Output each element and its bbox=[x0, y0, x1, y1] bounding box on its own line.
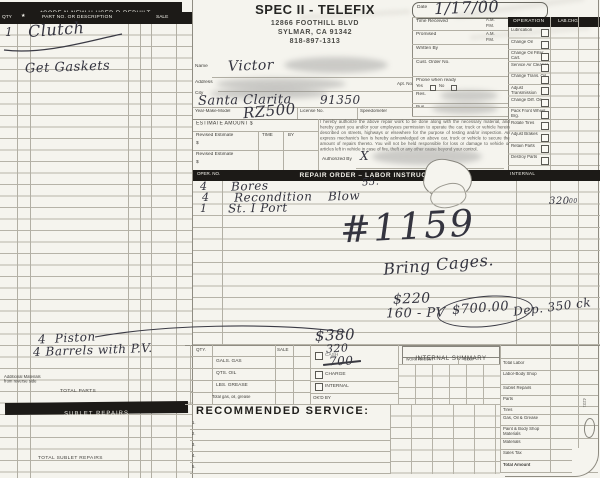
recommended-line bbox=[190, 473, 390, 474]
fluids-line bbox=[190, 356, 310, 357]
customer-name: Victor bbox=[228, 57, 274, 75]
recommended-line bbox=[190, 429, 390, 430]
charge-label: CHARGE bbox=[325, 372, 346, 377]
internal-checkbox bbox=[315, 383, 323, 391]
phone-ready-yes-checkbox bbox=[430, 85, 436, 91]
operation-checkbox bbox=[541, 53, 549, 61]
date-label: Date bbox=[417, 5, 427, 10]
pm-label: P.M. bbox=[486, 24, 494, 29]
summary-row-label: Paint & Body Shop Materials bbox=[503, 427, 549, 436]
operation-checkbox bbox=[541, 76, 549, 84]
business-phone: 818-897-1313 bbox=[245, 38, 385, 46]
labor-row-qty: 1 bbox=[200, 202, 208, 215]
by-label: BY bbox=[288, 133, 294, 138]
fluids-sale-header: SALE bbox=[277, 348, 289, 353]
recommended-number: 4. bbox=[192, 454, 196, 459]
am-label: A.M. bbox=[486, 32, 495, 37]
redacted-signature bbox=[372, 148, 482, 165]
payment-line bbox=[310, 393, 398, 394]
handwriting-flourish bbox=[90, 320, 350, 342]
revised-estimate-label2: Revised Estimate bbox=[196, 152, 233, 157]
fluids-line bbox=[190, 392, 310, 393]
time-received-label: Time Received bbox=[416, 19, 448, 24]
parts-entry-text: Get Gaskets bbox=[25, 59, 111, 77]
summary-line bbox=[500, 370, 598, 371]
payment-line bbox=[310, 368, 398, 369]
parts-qty-header: QTY bbox=[2, 15, 12, 20]
fluids-total-label: Total gas, oil, grease bbox=[212, 395, 251, 400]
promised-label: Promised bbox=[416, 32, 436, 37]
cust-order-label: Cust. Order No. bbox=[416, 60, 450, 65]
name-label: Name bbox=[195, 64, 208, 69]
redacted-bus-phone bbox=[432, 103, 498, 114]
internal-summary-grid bbox=[390, 404, 500, 474]
dollar-sign2: $ bbox=[196, 160, 199, 165]
license-label: License No. bbox=[300, 109, 324, 114]
operation-checkbox bbox=[541, 41, 549, 49]
recommended-number: 5. bbox=[192, 465, 196, 470]
operation-checkbox bbox=[541, 134, 549, 142]
authorized-by-label: Authorized By bbox=[322, 157, 352, 162]
operation-checkbox bbox=[541, 111, 549, 119]
business-name: SPEC II - TELEFIX bbox=[225, 3, 405, 17]
page-bottom-edge bbox=[505, 476, 575, 477]
operation-checkbox bbox=[541, 64, 549, 72]
business-address1: 12866 FOOTHILL BLVD bbox=[245, 20, 385, 28]
intake-line bbox=[412, 58, 508, 59]
fluids-line bbox=[190, 380, 310, 381]
operation-checkbox bbox=[541, 29, 549, 37]
revised-estimate-label: Revised Estimate bbox=[196, 133, 233, 138]
labchg-header: LAB.CHG. bbox=[558, 19, 579, 24]
apt-label: Apt. No. bbox=[397, 82, 413, 87]
summary-total-label: Total Amount bbox=[503, 463, 549, 468]
bottom-section-top bbox=[185, 345, 600, 346]
time-label: TIME bbox=[262, 133, 273, 138]
recommended-title: RECOMMENDED SERVICE: bbox=[196, 405, 369, 417]
job-number: #1159 bbox=[339, 201, 476, 251]
authorization-x: X bbox=[360, 149, 369, 163]
summary-line bbox=[500, 414, 598, 415]
printer-mark-oval bbox=[583, 418, 595, 439]
pm-label: P.M. bbox=[486, 38, 494, 43]
fluids-line bbox=[190, 345, 191, 404]
work-amount-label: WORK AMOUNT bbox=[406, 358, 434, 362]
fluids-line bbox=[275, 345, 276, 404]
intake-line bbox=[412, 44, 508, 45]
summary-row-label: Tires bbox=[503, 408, 549, 413]
summary-line bbox=[500, 438, 598, 439]
estimate-line bbox=[193, 131, 318, 132]
fluids-qty-header: QTY. bbox=[196, 348, 206, 353]
okd-by-label: OK'D BY bbox=[313, 396, 331, 401]
repair-order-scan: *CODE N-NEW U-USED R-REBUILT QTY ★ PART … bbox=[0, 0, 600, 478]
summary-row-label: Total Labor bbox=[503, 361, 549, 366]
gals-gas-label: GALS. GAS bbox=[216, 359, 242, 364]
recommended-number: 1. bbox=[192, 421, 196, 426]
fine-print-text: I hereby authorize the above repair work… bbox=[320, 119, 510, 152]
operation-checkbox bbox=[541, 122, 549, 130]
operation-checkbox bbox=[541, 87, 549, 95]
internal-summary-divider bbox=[458, 356, 459, 364]
total-parts-label: TOTAL PARTS bbox=[60, 389, 96, 394]
form-code: 4231 bbox=[581, 398, 586, 407]
estimate-border bbox=[318, 119, 319, 170]
estimate-amount-label: ESTIMATE AMOUNT $ bbox=[196, 121, 253, 127]
recommended-cell-line bbox=[390, 404, 391, 474]
labor-row-text: St. I Port bbox=[228, 200, 288, 215]
star-icon: ★ bbox=[21, 14, 25, 19]
dollar-sign: $ bbox=[196, 141, 199, 146]
parts-sale-header: SALE bbox=[156, 15, 168, 20]
internal-label: INTERNAL bbox=[510, 172, 535, 177]
date-value: 1/17/00 bbox=[434, 0, 500, 18]
additional-materials-label: Additional Materialsfrom reverse side bbox=[4, 375, 67, 384]
handwriting-flourish bbox=[0, 30, 130, 55]
payment-line bbox=[310, 381, 398, 382]
operation-checkbox bbox=[541, 99, 549, 107]
estimate-col-line bbox=[283, 131, 284, 170]
recommended-line bbox=[190, 462, 390, 463]
phone-ready-label: Phone when ready bbox=[416, 78, 456, 83]
operation-checkbox bbox=[541, 145, 549, 153]
fluids-line bbox=[190, 368, 310, 369]
internal-payment-label: INTERNAL bbox=[325, 384, 349, 389]
intake-border bbox=[412, 17, 413, 116]
recommended-line bbox=[190, 451, 390, 452]
no-label: No bbox=[439, 84, 444, 89]
summary-row-label: Gas, Oil & Grease bbox=[503, 416, 549, 421]
yes-label: Yes bbox=[416, 84, 423, 89]
speedometer-label: Speedometer bbox=[360, 109, 387, 114]
summary-amount-line bbox=[550, 345, 551, 473]
cost-label: COST bbox=[464, 358, 474, 362]
operations-header: OPERATION bbox=[513, 19, 545, 24]
estimate-col-line bbox=[258, 131, 259, 170]
intake-line bbox=[412, 116, 508, 117]
res-label: Res. bbox=[416, 92, 426, 97]
lbs-grease-label: LBS. GREASE bbox=[216, 383, 248, 388]
summary-line bbox=[500, 384, 598, 385]
internal-summary-grid bbox=[398, 364, 500, 404]
customer-zip: 91350 bbox=[320, 93, 361, 107]
operation-checkbox bbox=[541, 157, 549, 165]
recommended-number: 2. bbox=[192, 432, 196, 437]
fluids-line bbox=[310, 345, 311, 404]
summary-line bbox=[500, 395, 598, 396]
cash-checkbox bbox=[315, 352, 323, 360]
labor-amount-cents: 00 bbox=[569, 198, 578, 205]
recommended-number: 3. bbox=[192, 443, 196, 448]
summary-line bbox=[500, 358, 598, 359]
summary-row-label: Parts bbox=[503, 397, 549, 402]
qts-oil-label: QTS. OIL bbox=[216, 371, 236, 376]
redacted-res-phone bbox=[440, 90, 498, 101]
labor-amount: 320 bbox=[549, 196, 570, 207]
business-address2: SYLMAR, CA 91342 bbox=[245, 29, 385, 37]
labor-row-note: 55. bbox=[362, 176, 380, 188]
fluids-line bbox=[293, 345, 294, 404]
written-by-label: Written By bbox=[416, 46, 438, 51]
address-label: Address bbox=[195, 80, 213, 85]
corner-mark bbox=[0, 2, 9, 12]
am-label: A.M. bbox=[486, 18, 495, 23]
total-sublet-label: TOTAL SUBLET REPAIRS bbox=[38, 456, 103, 461]
oper-no-label: OPER. NO. bbox=[197, 172, 220, 177]
summary-row-label: Labor-Body Shop bbox=[503, 372, 549, 377]
intake-line bbox=[412, 30, 508, 31]
sublet-repairs-band: SUBLET REPAIRS bbox=[5, 401, 188, 415]
summary-row-label: Materials bbox=[503, 440, 549, 445]
labor-row-note: Blow bbox=[328, 188, 361, 203]
summary-row-label: Sublet Repairs bbox=[503, 386, 549, 391]
ymm-cell-line bbox=[357, 107, 358, 119]
ymm-cell-line bbox=[297, 107, 298, 119]
intake-line bbox=[412, 76, 508, 77]
summary-row-label: Sales Tax bbox=[503, 451, 549, 456]
ymm-label: Year-Make-Model bbox=[195, 109, 230, 114]
ymm-row-top bbox=[193, 107, 508, 108]
parts-code-header: *CODE N-NEW U-USED R-REBUILT bbox=[9, 2, 182, 12]
charge-checkbox bbox=[315, 371, 323, 379]
redacted-last-name bbox=[284, 57, 388, 73]
estimate-line bbox=[193, 150, 318, 151]
recommended-line bbox=[190, 440, 390, 441]
summary-border bbox=[500, 345, 501, 473]
